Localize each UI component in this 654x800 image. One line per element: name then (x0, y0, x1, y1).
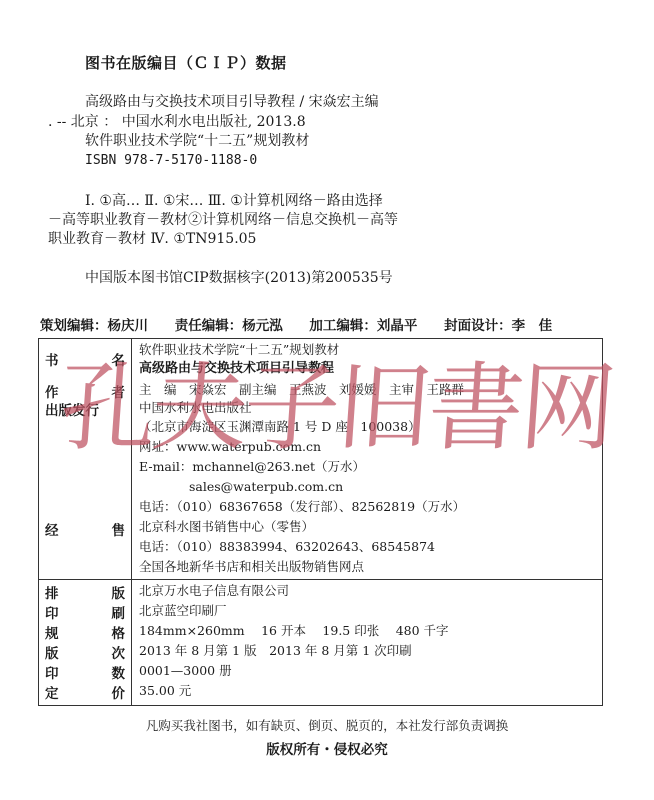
editor-responsible: 责任编辑：杨元泓 (175, 318, 283, 334)
value-email-1: E-mail：mchannel@263.net（万水） (139, 458, 365, 476)
value-authors: 主 编 宋焱宏 副主编 王燕波 刘媛媛 主审 王路群 (139, 381, 464, 399)
value-distributor-phone: 电话：（010）88383994、63202643、68545874 (139, 538, 435, 556)
value-typesetting: 北京万水电子信息有限公司 (139, 582, 289, 600)
label-distributor: 经售 (45, 519, 125, 539)
row-divider (39, 579, 602, 580)
label-publisher: 出版发行 (45, 399, 125, 419)
value-publisher-address: （北京市海淀区玉渊潭南路 1 号 D 座 100038） (139, 418, 421, 436)
value-edition: 2013 年 8 月第 1 版 2013 年 8 月第 1 次印刷 (139, 642, 412, 660)
cip-line-record-number: 中国版本图书馆CIP数据核字(2013)第200535号 (85, 269, 393, 288)
replacement-notice: 凡购买我社图书，如有缺页、倒页、脱页的，本社发行部负责调换 (0, 716, 654, 734)
value-website: 网址：www.waterpub.com.cn (139, 438, 321, 456)
editor-processing: 加工编辑：刘晶平 (309, 318, 417, 334)
label-price: 定价 (45, 682, 125, 702)
label-print-run: 印数 (45, 662, 125, 682)
value-publisher-name: 中国水利水电出版社 (139, 399, 252, 417)
value-distributor-name: 北京科水图书销售中心（零售） (139, 518, 314, 536)
value-book-title: 高级路由与交换技术项目引导教程 (139, 360, 334, 378)
label-typesetting: 排版 (45, 582, 125, 602)
copyright-notice: 版权所有・侵权必究 (0, 738, 654, 758)
cip-line-publisher: . -- 北京 ： 中国水利水电出版社, 2013.8 (48, 113, 306, 132)
cip-line-subjects-3: 职业教育－教材 Ⅳ. ①TN915.05 (48, 230, 256, 249)
value-publisher-phone: 电话：（010）68367658（发行部）、82562819（万水） (139, 498, 465, 516)
editor-cover-design: 封面设计：李 佳 (444, 318, 552, 334)
editor-planning: 策划编辑：杨庆川 (40, 318, 148, 334)
editors-line: 策划编辑：杨庆川 责任编辑：杨元泓 加工编辑：刘晶平 封面设计：李 佳 (40, 314, 574, 334)
label-edition: 版次 (45, 642, 125, 662)
label-printing: 印刷 (45, 602, 125, 622)
value-series: 软件职业技术学院“十二五”规划教材 (139, 341, 339, 359)
value-distributor-outlets: 全国各地新华书店和相关出版物销售网点 (139, 558, 364, 576)
value-email-2: sales@waterpub.com.cn (139, 478, 343, 496)
value-price: 35.00 元 (139, 682, 191, 700)
cip-line-title: 高级路由与交换技术项目引导教程 / 宋焱宏主编 (85, 93, 379, 112)
cip-heading: 图书在版编目（ＣＩＰ）数据 (85, 52, 287, 73)
value-printing: 北京蓝空印刷厂 (139, 602, 227, 620)
value-print-run: 0001—3000 册 (139, 662, 232, 680)
label-specification: 规格 (45, 622, 125, 642)
cip-line-subjects-2: －高等职业教育－教材②计算机网络－信息交换机－高等 (48, 211, 398, 230)
cip-line-isbn: ISBN 978-7-5170-1188-0 (85, 151, 257, 170)
value-specification: 184mm×260mm 16 开本 19.5 印张 480 千字 (139, 622, 449, 640)
label-book-title: 书名 (45, 349, 125, 369)
cip-line-subjects-1: Ⅰ. ①高… Ⅱ. ①宋… Ⅲ. ①计算机网络－路由选择 (85, 192, 383, 211)
cip-line-series: 软件职业技术学院“十二五”规划教材 (85, 132, 309, 151)
column-divider (131, 339, 132, 705)
label-author: 作者 (45, 381, 125, 401)
publication-info-table: 书名 软件职业技术学院“十二五”规划教材 高级路由与交换技术项目引导教程 作者 … (38, 338, 603, 706)
